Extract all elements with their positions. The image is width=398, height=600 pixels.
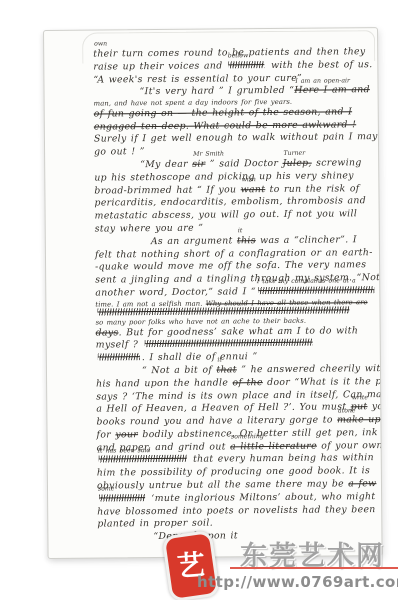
watermark: 艺 东莞艺术网 http://www.0769art.com (0, 0, 398, 600)
watermark-url: http://www.0769art.com (197, 573, 398, 591)
scanned-document-background: 12 owntheir turn comes round to be patie… (0, 0, 398, 600)
watermark-divider (230, 567, 398, 569)
